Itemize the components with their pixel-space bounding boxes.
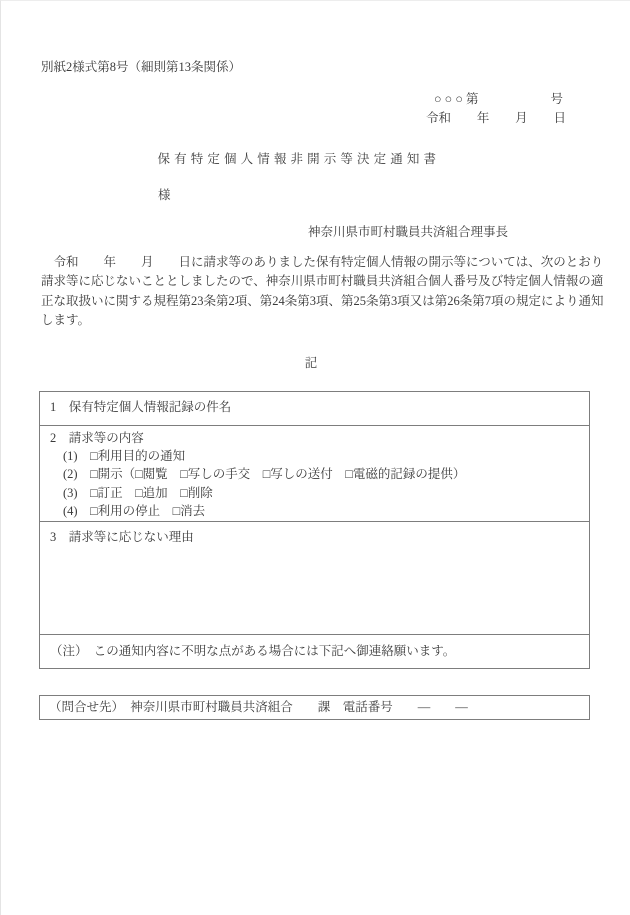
document-number-prefix: ○ ○ ○ 第 bbox=[434, 89, 479, 107]
issue-date-line: 令和 年 月 日 bbox=[426, 108, 566, 126]
note-text: （注） この通知内容に不明な点がある場合には下記へ御連絡願います。 bbox=[50, 644, 455, 658]
month-label: 月 bbox=[515, 108, 528, 126]
form-number-label: 別紙2様式第8号（細則第13条関係） bbox=[41, 57, 241, 75]
request-item-correction: (3) □訂正 □追加 □削除 bbox=[50, 484, 579, 502]
table-row-note: （注） この通知内容に不明な点がある場合には下記へ御連絡願います。 bbox=[40, 634, 589, 668]
body-line-4: します。 bbox=[41, 311, 604, 330]
body-line-3: 正な取扱いに関する規程第23条第2項、第24条第3項、第25条第3項又は第26条… bbox=[41, 292, 604, 311]
page-title: 保 有 特 定 個 人 情 報 非 開 示 等 決 定 通 知 書 bbox=[1, 149, 593, 167]
body-line-1: 令和 年 月 日に請求等のありました保有特定個人情報の開示等については、次のとお… bbox=[41, 253, 604, 272]
request-content-heading: 2 請求等の内容 bbox=[50, 429, 579, 447]
day-label: 日 bbox=[553, 108, 566, 126]
document-number-line: ○ ○ ○ 第 号 bbox=[434, 89, 563, 107]
notice-table: 1 保有特定個人情報記録の件名 2 請求等の内容 (1) □利用目的の通知 (2… bbox=[39, 391, 590, 669]
section-marker: 記 bbox=[1, 353, 621, 371]
request-item-disclosure: (2) □開示（□閲覧 □写しの手交 □写しの送付 □電磁的記録の提供） bbox=[50, 465, 579, 483]
year-label: 年 bbox=[477, 108, 490, 126]
record-name-label: 1 保有特定個人情報記録の件名 bbox=[50, 400, 231, 414]
table-row-record-name: 1 保有特定個人情報記録の件名 bbox=[40, 392, 589, 425]
request-item-purpose-notification: (1) □利用目的の通知 bbox=[50, 447, 579, 465]
table-row-request-content: 2 請求等の内容 (1) □利用目的の通知 (2) □開示（□閲覧 □写しの手交… bbox=[40, 425, 589, 521]
body-line-2: 請求等に応じないこととしましたので、神奈川県市町村職員共済組合個人番号及び特定個… bbox=[41, 272, 604, 291]
issuer-name: 神奈川県市町村職員共済組合理事長 bbox=[308, 222, 508, 240]
inquiry-contact-line: （問合せ先） 神奈川県市町村職員共済組合 課 電話番号 ― ― bbox=[49, 700, 468, 714]
inquiry-contact-box: （問合せ先） 神奈川県市町村職員共済組合 課 電話番号 ― ― bbox=[39, 695, 590, 720]
request-item-suspension: (4) □利用の停止 □消去 bbox=[50, 502, 579, 520]
document-number-suffix: 号 bbox=[550, 89, 563, 107]
refusal-reason-label: 3 請求等に応じない理由 bbox=[50, 530, 194, 544]
document-page: 別紙2様式第8号（細則第13条関係） ○ ○ ○ 第 号 令和 年 月 日 保 … bbox=[0, 0, 630, 915]
addressee-honorific: 様 bbox=[158, 185, 171, 203]
table-row-refusal-reason: 3 請求等に応じない理由 bbox=[40, 521, 589, 634]
body-paragraph: 令和 年 月 日に請求等のありました保有特定個人情報の開示等については、次のとお… bbox=[41, 253, 604, 331]
era-label: 令和 bbox=[426, 108, 451, 126]
